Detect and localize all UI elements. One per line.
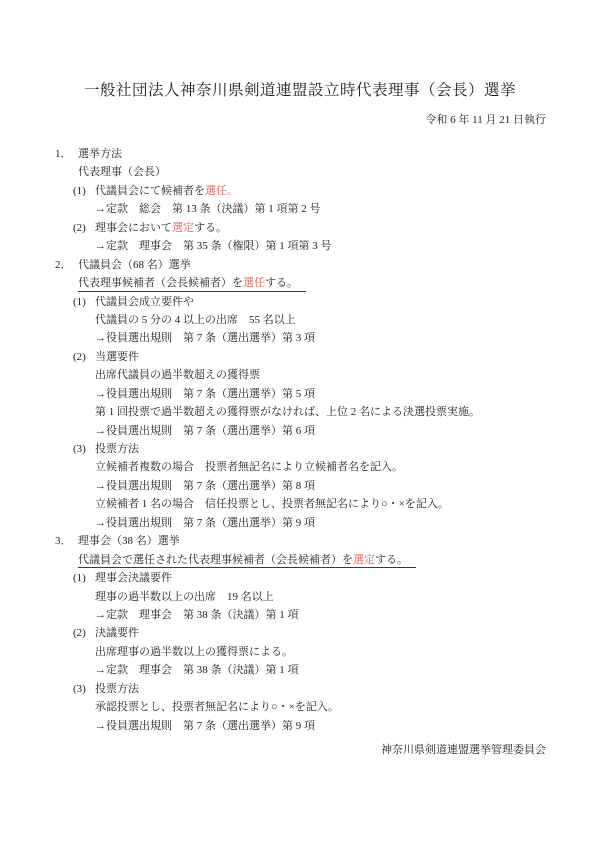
line-text: 出席理事の過半数以上の獲得票による。 (95, 646, 293, 658)
doc-line: (1)代議員会にて候補者を選任。 (0, 182, 600, 200)
line-text: 承認投票とし、投票者無記名により○・×を記入。 (95, 701, 339, 713)
document-title: 一般社団法人神奈川県剣道連盟設立時代表理事（会長）選挙 (0, 78, 600, 100)
doc-line: →定款 理事会 第 38 条（決議）第 1 項 (0, 661, 600, 679)
doc-line: →役員選出規則 第 7 条（選出選挙）第 9 項 (0, 717, 600, 735)
line-text: 立候補者複数の場合 投票者無記名により立候補者名を記入。 (95, 461, 403, 473)
doc-line: 立候補者複数の場合 投票者無記名により立候補者名を記入。 (0, 458, 600, 476)
doc-line: (1)理事会決議要件 (0, 569, 600, 587)
doc-line: →役員選出規則 第 7 条（選出選挙）第 9 項 (0, 514, 600, 532)
line-text: →役員選出規則 第 7 条（選出選挙）第 3 項 (95, 332, 315, 344)
document-page: 一般社団法人神奈川県剣道連盟設立時代表理事（会長）選挙 令和 6 年 11 月 … (0, 0, 600, 849)
line-text: 決議要件 (95, 627, 139, 639)
line-text: 理事の過半数以上の出席 19 名以上 (95, 591, 274, 603)
doc-line: 代議員の 5 分の 4 以上の出席 55 名以上 (0, 311, 600, 329)
doc-line: 代表理事（会長） (0, 163, 600, 181)
line-text: 理事会において (95, 222, 172, 234)
line-marker: (3) (73, 440, 95, 458)
doc-line: →役員選出規則 第 7 条（選出選挙）第 6 項 (0, 422, 600, 440)
document-body: 1．選挙方法代表理事（会長）(1)代議員会にて候補者を選任。→定款 総会 第 1… (0, 145, 600, 735)
line-marker: 2． (55, 256, 78, 274)
line-text: 当選要件 (95, 351, 139, 363)
doc-line: (2)理事会において選定する。 (0, 219, 600, 237)
line-text: 理事会決議要件 (95, 572, 172, 584)
line-marker: (1) (73, 293, 95, 311)
doc-line: 1．選挙方法 (0, 145, 600, 163)
line-text: →役員選出規則 第 7 条（選出選挙）第 8 項 (95, 480, 315, 492)
line-text: 代議員会成立要件や (95, 296, 194, 308)
highlighted-red-text: 選任。 (205, 185, 238, 197)
line-text: 投票方法 (95, 683, 139, 695)
line-text: →役員選出規則 第 7 条（選出選挙）第 9 項 (95, 720, 315, 732)
line-text: →定款 総会 第 13 条（決議）第 1 項第 2 号 (95, 203, 321, 215)
highlighted-red-text: 選定 (353, 554, 375, 566)
line-marker: (2) (73, 624, 95, 642)
line-text: →定款 理事会 第 35 条（権限）第 1 項第 3 号 (95, 240, 332, 252)
doc-line: →役員選出規則 第 7 条（選出選挙）第 5 項 (0, 385, 600, 403)
doc-line: 3．理事会（38 名）選挙 (0, 532, 600, 550)
doc-line: →定款 総会 第 13 条（決議）第 1 項第 2 号 (0, 200, 600, 218)
doc-line: 出席理事の過半数以上の獲得票による。 (0, 643, 600, 661)
highlighted-red-text: 選定 (172, 222, 194, 234)
line-text: 代表理事候補者（会長候補者）を (78, 277, 243, 289)
line-text: する。 (265, 277, 298, 289)
underlined-statement: 代表理事候補者（会長候補者）を選任する。 (78, 277, 306, 292)
doc-line: 代議員会で選任された代表理事候補者（会長候補者）を選定する。 (0, 551, 600, 569)
line-text: 選挙方法 (78, 148, 122, 160)
line-text: 理事会（38 名）選挙 (78, 535, 180, 547)
line-text: 投票方法 (95, 443, 139, 455)
line-text: →役員選出規則 第 7 条（選出選挙）第 9 項 (95, 517, 315, 529)
doc-line: 第 1 回投票で過半数超えの獲得票がなければ、上位 2 名による決選投票実施。 (0, 403, 600, 421)
line-text: 代議員会（68 名）選挙 (78, 259, 191, 271)
issuing-committee: 神奈川県剣道連盟選挙管理委員会 (381, 741, 546, 757)
doc-line: (1)代議員会成立要件や (0, 293, 600, 311)
execution-date: 令和 6 年 11 月 21 日執行 (425, 111, 546, 127)
doc-line: 出席代議員の過半数超えの獲得票 (0, 366, 600, 384)
doc-line: 承認投票とし、投票者無記名により○・×を記入。 (0, 698, 600, 716)
line-marker: (2) (73, 348, 95, 366)
doc-line: 代表理事候補者（会長候補者）を選任する。 (0, 274, 600, 292)
line-marker: 3． (55, 532, 78, 550)
doc-line: 立候補者 1 名の場合 信任投票とし、投票者無記名により○・×を記入。 (0, 495, 600, 513)
line-text: する。 (375, 554, 408, 566)
line-text: →役員選出規則 第 7 条（選出選挙）第 5 項 (95, 388, 315, 400)
doc-line: →定款 理事会 第 38 条（決議）第 1 項 (0, 606, 600, 624)
doc-line: (2)決議要件 (0, 624, 600, 642)
line-text: 代議員会で選任された代表理事候補者（会長候補者）を (78, 554, 353, 566)
line-text: 代議員会にて候補者を (95, 185, 205, 197)
line-text: 代議員の 5 分の 4 以上の出席 55 名以上 (95, 314, 296, 326)
doc-line: (3)投票方法 (0, 440, 600, 458)
doc-line: (3)投票方法 (0, 680, 600, 698)
line-marker: (2) (73, 219, 95, 237)
doc-line: →役員選出規則 第 7 条（選出選挙）第 8 項 (0, 477, 600, 495)
line-marker: (1) (73, 182, 95, 200)
line-text: →定款 理事会 第 38 条（決議）第 1 項 (95, 664, 299, 676)
line-text: 出席代議員の過半数超えの獲得票 (95, 369, 260, 381)
line-text: 代表理事（会長） (78, 166, 166, 178)
doc-line: →定款 理事会 第 35 条（権限）第 1 項第 3 号 (0, 237, 600, 255)
line-text: する。 (194, 222, 227, 234)
doc-line: 理事の過半数以上の出席 19 名以上 (0, 588, 600, 606)
line-text: 立候補者 1 名の場合 信任投票とし、投票者無記名により○・×を記入。 (95, 498, 449, 510)
doc-line: (2)当選要件 (0, 348, 600, 366)
doc-line: 2．代議員会（68 名）選挙 (0, 256, 600, 274)
underlined-statement: 代議員会で選任された代表理事候補者（会長候補者）を選定する。 (78, 554, 416, 569)
line-marker: (1) (73, 569, 95, 587)
line-marker: 1． (55, 145, 78, 163)
line-text: 第 1 回投票で過半数超えの獲得票がなければ、上位 2 名による決選投票実施。 (95, 406, 480, 418)
line-marker: (3) (73, 680, 95, 698)
highlighted-red-text: 選任 (243, 277, 265, 289)
doc-line: →役員選出規則 第 7 条（選出選挙）第 3 項 (0, 329, 600, 347)
line-text: →定款 理事会 第 38 条（決議）第 1 項 (95, 609, 299, 621)
line-text: →役員選出規則 第 7 条（選出選挙）第 6 項 (95, 425, 315, 437)
